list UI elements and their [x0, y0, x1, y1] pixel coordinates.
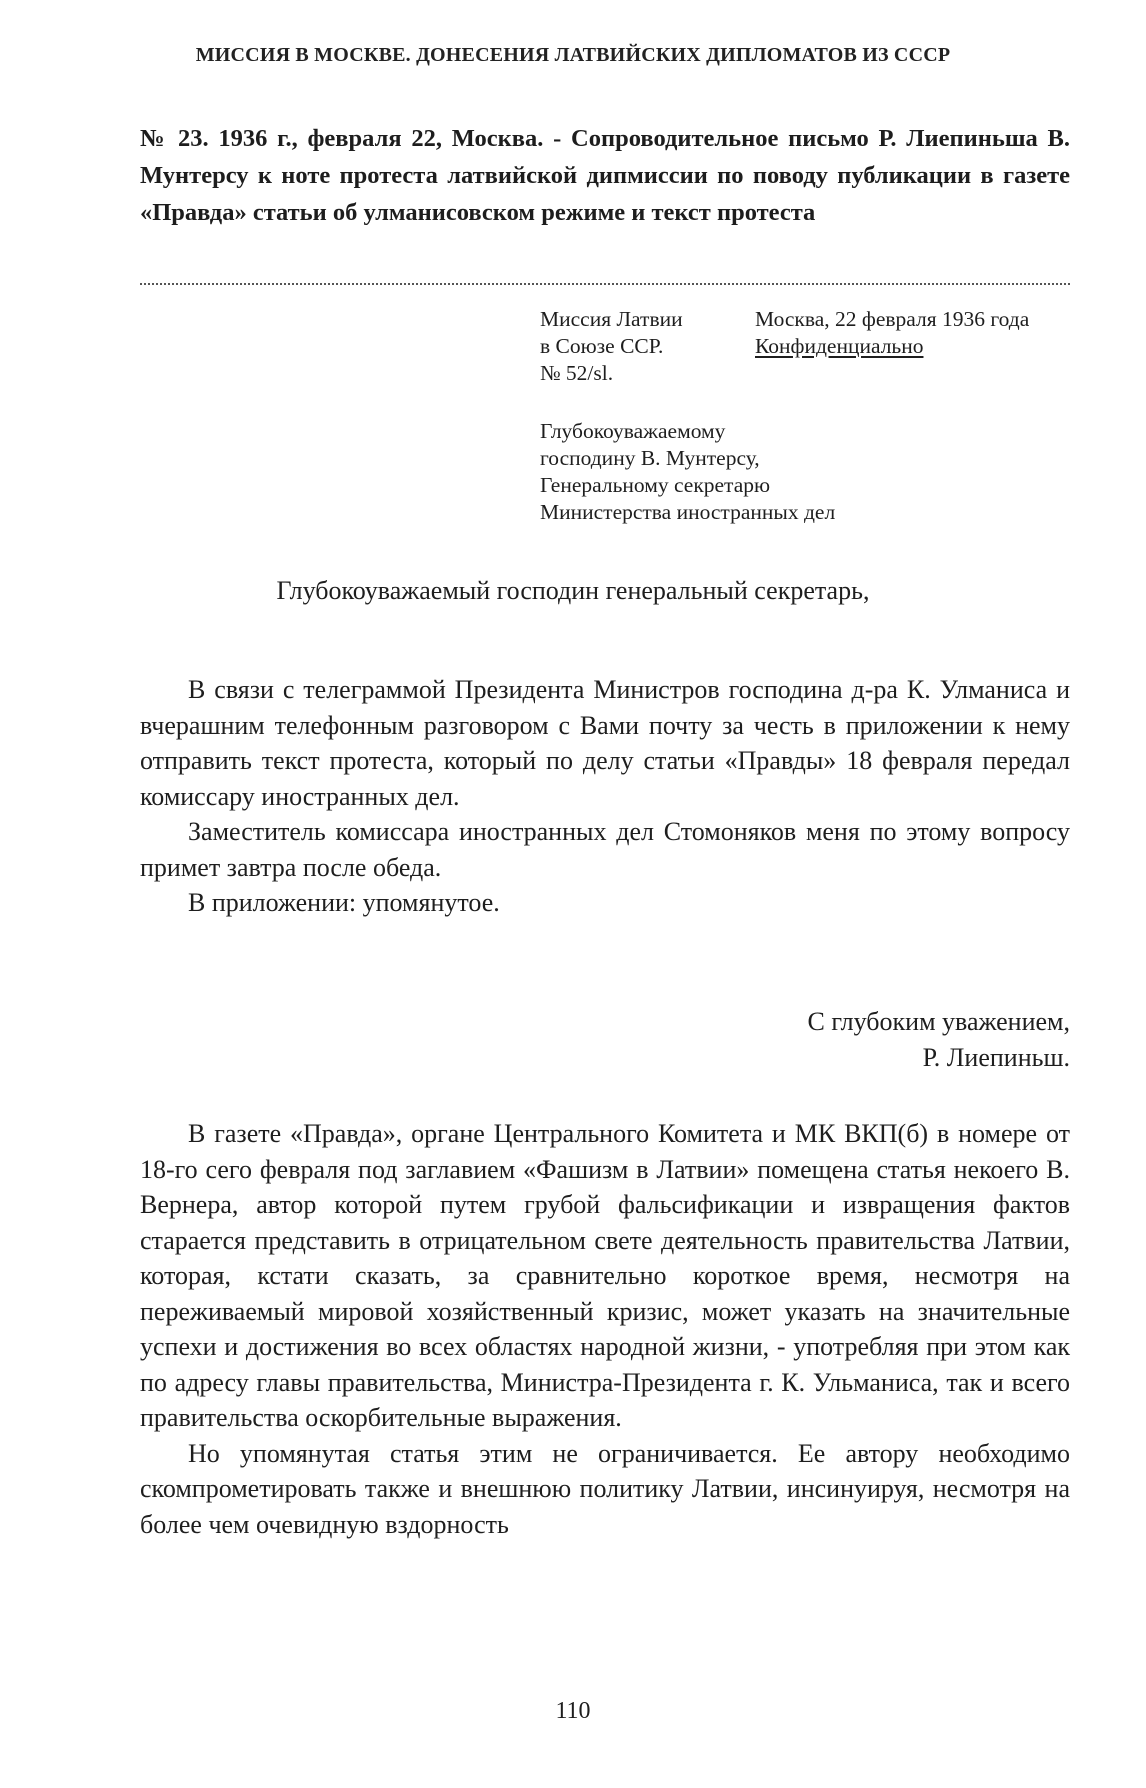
protest-paragraph: Но упомянутая статья этим не ограничивае…	[140, 1436, 1070, 1543]
letterhead-line: в Союзе ССР.	[540, 333, 683, 360]
addressee-line: Генеральному секретарю	[540, 472, 835, 499]
enclosure-note: В приложении: упомянутое.	[140, 885, 1070, 921]
letterhead-reference: № 52/sl.	[540, 360, 683, 387]
letterhead-line: Миссия Латвии	[540, 306, 683, 333]
letter-paragraph: Заместитель комиссара иностранных дел Ст…	[140, 814, 1070, 885]
protest-paragraph: В газете «Правда», органе Центрального К…	[140, 1116, 1070, 1436]
document-title: № 23. 1936 г., февраля 22, Москва. - Соп…	[140, 120, 1070, 231]
running-head: МИССИЯ В МОСКВЕ. ДОНЕСЕНИЯ ЛАТВИЙСКИХ ДИ…	[0, 44, 1146, 67]
addressee-block: Глубокоуважаемому господину В. Мунтерсу,…	[540, 418, 835, 526]
addressee-line: Министерства иностранных дел	[540, 499, 835, 526]
dotted-separator	[140, 283, 1070, 285]
closing-block: С глубоким уважением, Р. Лиепиньш.	[140, 1004, 1070, 1075]
classification-mark: Конфиденциально	[755, 333, 1029, 360]
letterhead-sender: Миссия Латвии в Союзе ССР. № 52/sl.	[540, 306, 683, 387]
addressee-line: господину В. Мунтерсу,	[540, 445, 835, 472]
addressee-line: Глубокоуважаемому	[540, 418, 835, 445]
closing-regards: С глубоким уважением,	[140, 1004, 1070, 1040]
place-date: Москва, 22 февраля 1936 года	[755, 306, 1029, 333]
letter-body: В связи с телеграммой Президента Министр…	[140, 672, 1070, 921]
signature: Р. Лиепиньш.	[140, 1040, 1070, 1076]
salutation: Глубокоуважаемый господин генеральный се…	[0, 576, 1146, 606]
letter-paragraph: В связи с телеграммой Президента Министр…	[140, 672, 1070, 814]
protest-text: В газете «Правда», органе Центрального К…	[140, 1116, 1070, 1542]
page-number: 110	[0, 1698, 1146, 1725]
letterhead-date-block: Москва, 22 февраля 1936 года Конфиденциа…	[755, 306, 1029, 360]
